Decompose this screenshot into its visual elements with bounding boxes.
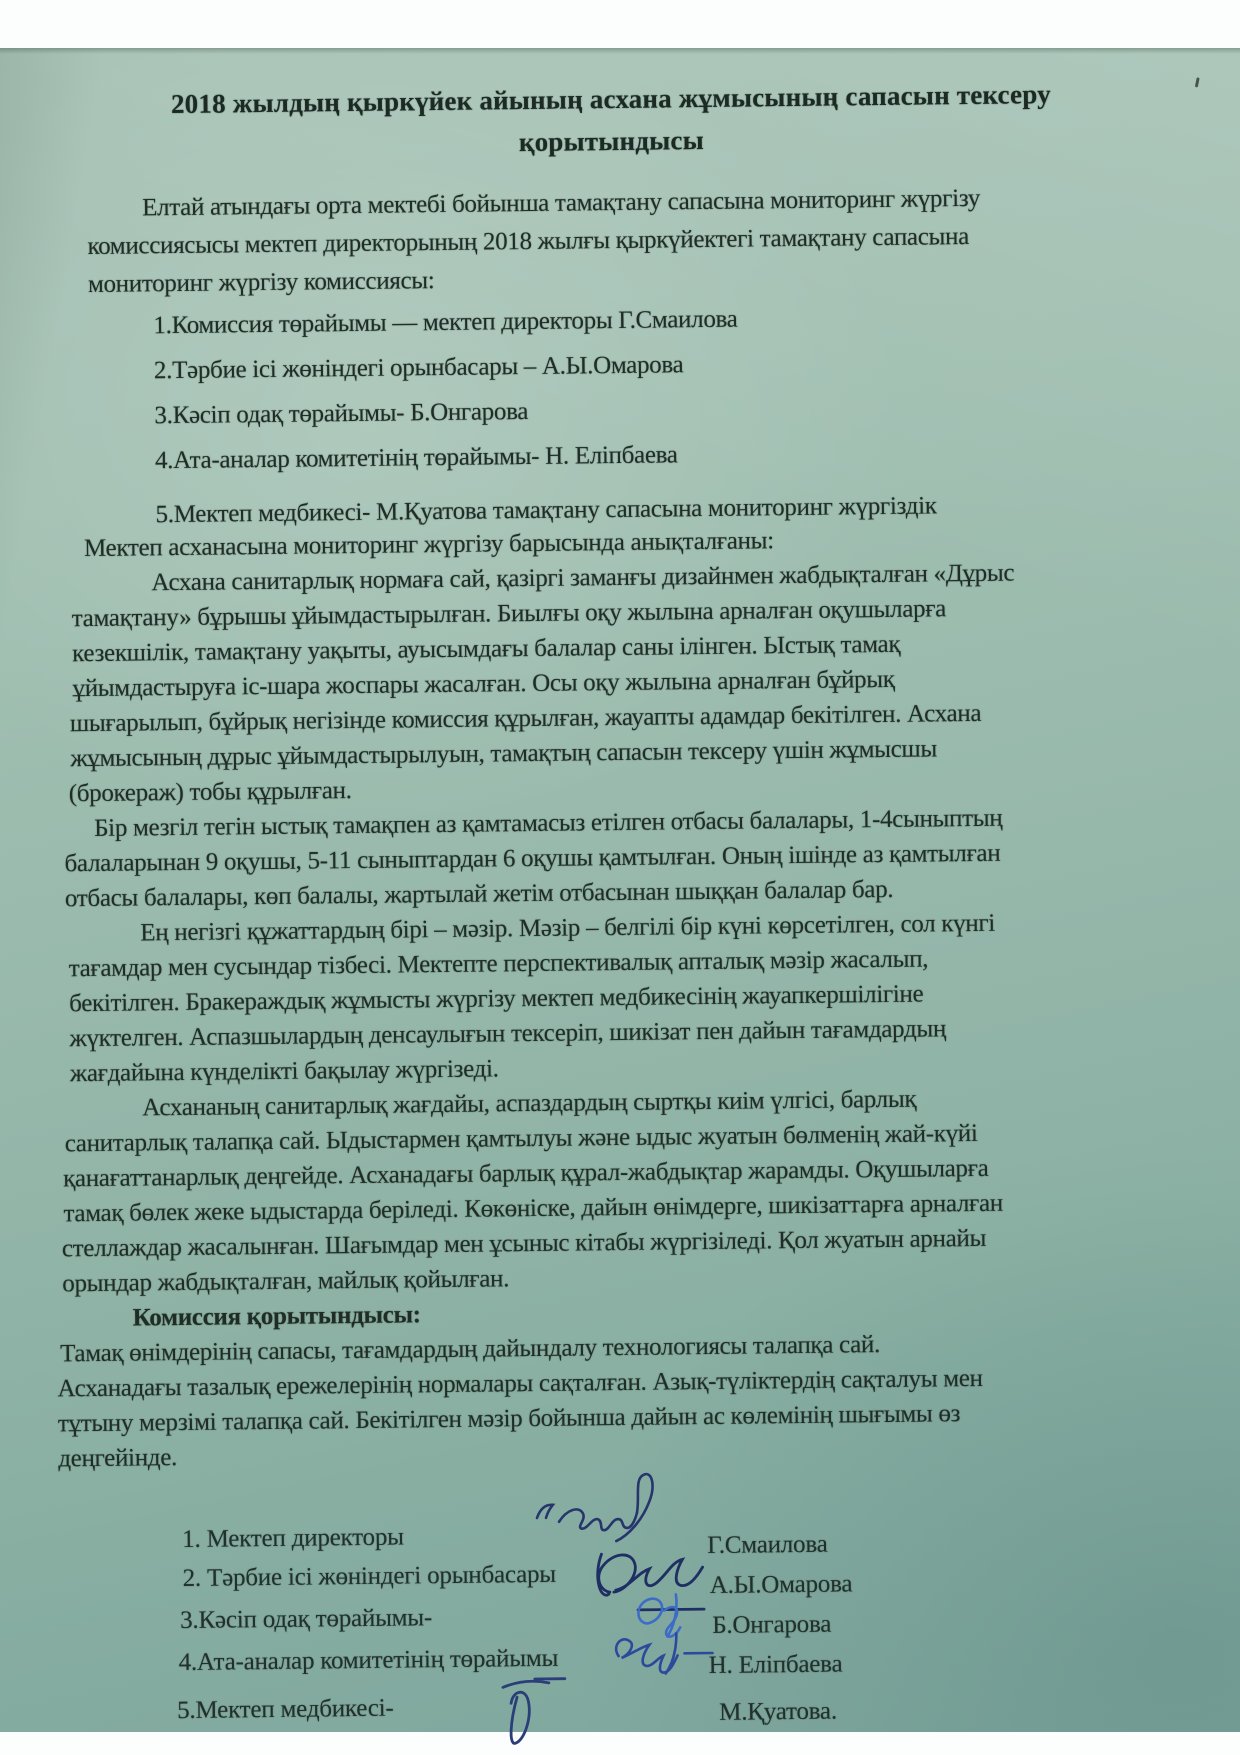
document-title-line-1: 2018 жылдың қыркүйек айының асхана жұмыс… (0, 77, 1231, 122)
signature-person-name: Б.Онгарова (712, 1611, 831, 1640)
text-line: Асхананың санитарлық жағдайы, аспаздарды… (142, 1087, 916, 1121)
signature-parents-chair-ink (604, 1623, 720, 1682)
signature-nurse-ink (483, 1663, 574, 1755)
document-sheet: 2018 жылдың қыркүйек айының асхана жұмыс… (0, 0, 1240, 1755)
text-line: стеллаждар жасалынған. Шағымдар мен ұсын… (62, 1226, 986, 1261)
text-line: 3.Кәсіп одақ төрайымы- Б.Онгарова (154, 399, 528, 428)
text-line: Комиссия қорытындысы: (133, 1302, 421, 1330)
text-line: балаларынан 9 оқушы, 5-11 сыныптардан 6 … (64, 841, 1000, 877)
text-line: деңгейінде. (58, 1445, 177, 1471)
text-line: 5.Мектеп медбикесі- М.Қуатова тамақтану … (155, 493, 936, 527)
text-line: бекітілген. Бракераждық жұмысты жүргізу … (69, 982, 923, 1017)
signature-person-name: Г.Смаилова (707, 1531, 828, 1560)
text-line: тұтыну мерзімі талапқа сай. Бекітілген м… (58, 1401, 961, 1436)
signature-person-name: Н. Еліпбаева (709, 1651, 843, 1681)
document-title-line-2: қорытындысы (0, 119, 1232, 164)
signature-person-name: А.Ы.Омарова (710, 1570, 853, 1600)
page: 2018 жылдың қыркүйек айының асхана жұмыс… (0, 0, 1240, 1755)
signature-role-label: 2. Тәрбие ісі жөніндегі орынбасары (183, 1561, 557, 1593)
text-blocks: Елтай атындағы орта мектебі бойынша тама… (0, 0, 1230, 7)
text-line: 1.Комиссия төрайымы — мектеп директоры Г… (153, 307, 737, 339)
signature-role-label: 3.Кәсіп одақ төрайымы- (180, 1604, 432, 1635)
signature-role-label: 1. Мектеп директоры (182, 1523, 404, 1554)
text-line: Бір мезгіл тегін ыстық тамақпен аз қамта… (94, 806, 1002, 841)
text-line: санитарлық талапқа сай. Ыдыстармен қамты… (65, 1121, 978, 1156)
text-line: жағдайына күнделікті бақылау жүргізеді. (70, 1056, 499, 1086)
text-line: Мектеп асханасына мониторинг жүргізу бар… (84, 528, 774, 561)
text-line: ұйымдастыруға іс-шара жоспары жасалған. … (72, 667, 894, 701)
text-line: шығарылып, бұйрық негізінде комиссия құр… (70, 701, 982, 736)
text-line: 2.Тәрбие ісі жөніндегі орынбасары – А.Ы.… (154, 352, 684, 383)
text-line: кезекшілік, тамақтану уақыты, ауысымдағы… (72, 632, 900, 666)
text-line: тамақ бөлек жеке ыдыстарда беріледі. Көк… (63, 1191, 1003, 1227)
text-line: Асхана санитарлық нормаға сай, қазіргі з… (151, 561, 1014, 596)
text-line: тамақтану» бұрышы ұйымдастырылған. Биылғ… (72, 596, 947, 631)
signature-role-label: 5.Мектеп медбикесі- (177, 1695, 394, 1725)
text-line: орындар жабдықталған, майлық қойылған. (62, 1266, 509, 1296)
text-line: комиссиясысы мектеп директорының 2018 жы… (87, 224, 969, 259)
text-line: (брокераж) тобы құрылған. (69, 778, 352, 806)
text-line: қанағаттанарлық деңгейде. Асханадағы бар… (63, 1156, 989, 1191)
text-line: отбасы балалары, көп балалы, жартылай же… (65, 877, 894, 911)
text-line: 4.Ата-аналар комитетінің төрайымы- Н. Ел… (155, 442, 678, 473)
text-line: Асханадағы тазалық ережелерінің нормалар… (57, 1366, 982, 1401)
text-line: жүктелген. Аспазшылардың денсаулығын тек… (69, 1016, 946, 1051)
signature-rows: 1. Мектеп директорыГ.Смаилова2. Тәрбие і… (0, 0, 1230, 7)
signature-person-name: М.Қуатова. (719, 1698, 837, 1727)
text-line: мониторинг жүргізу комиссиясы: (88, 268, 435, 297)
text-line: Ең негізгі құжаттардың бірі – мәзір. Мәз… (140, 911, 995, 946)
text-line: тағамдар мен сусындар тізбесі. Мектепте … (69, 947, 929, 982)
text-line: Тамақ өнімдерінің сапасы, тағамдардың да… (60, 1332, 880, 1366)
text-line: Елтай атындағы орта мектебі бойынша тама… (142, 186, 980, 221)
text-line: жұмысының дұрыс ұйымдастырылуын, тамақты… (70, 736, 937, 771)
